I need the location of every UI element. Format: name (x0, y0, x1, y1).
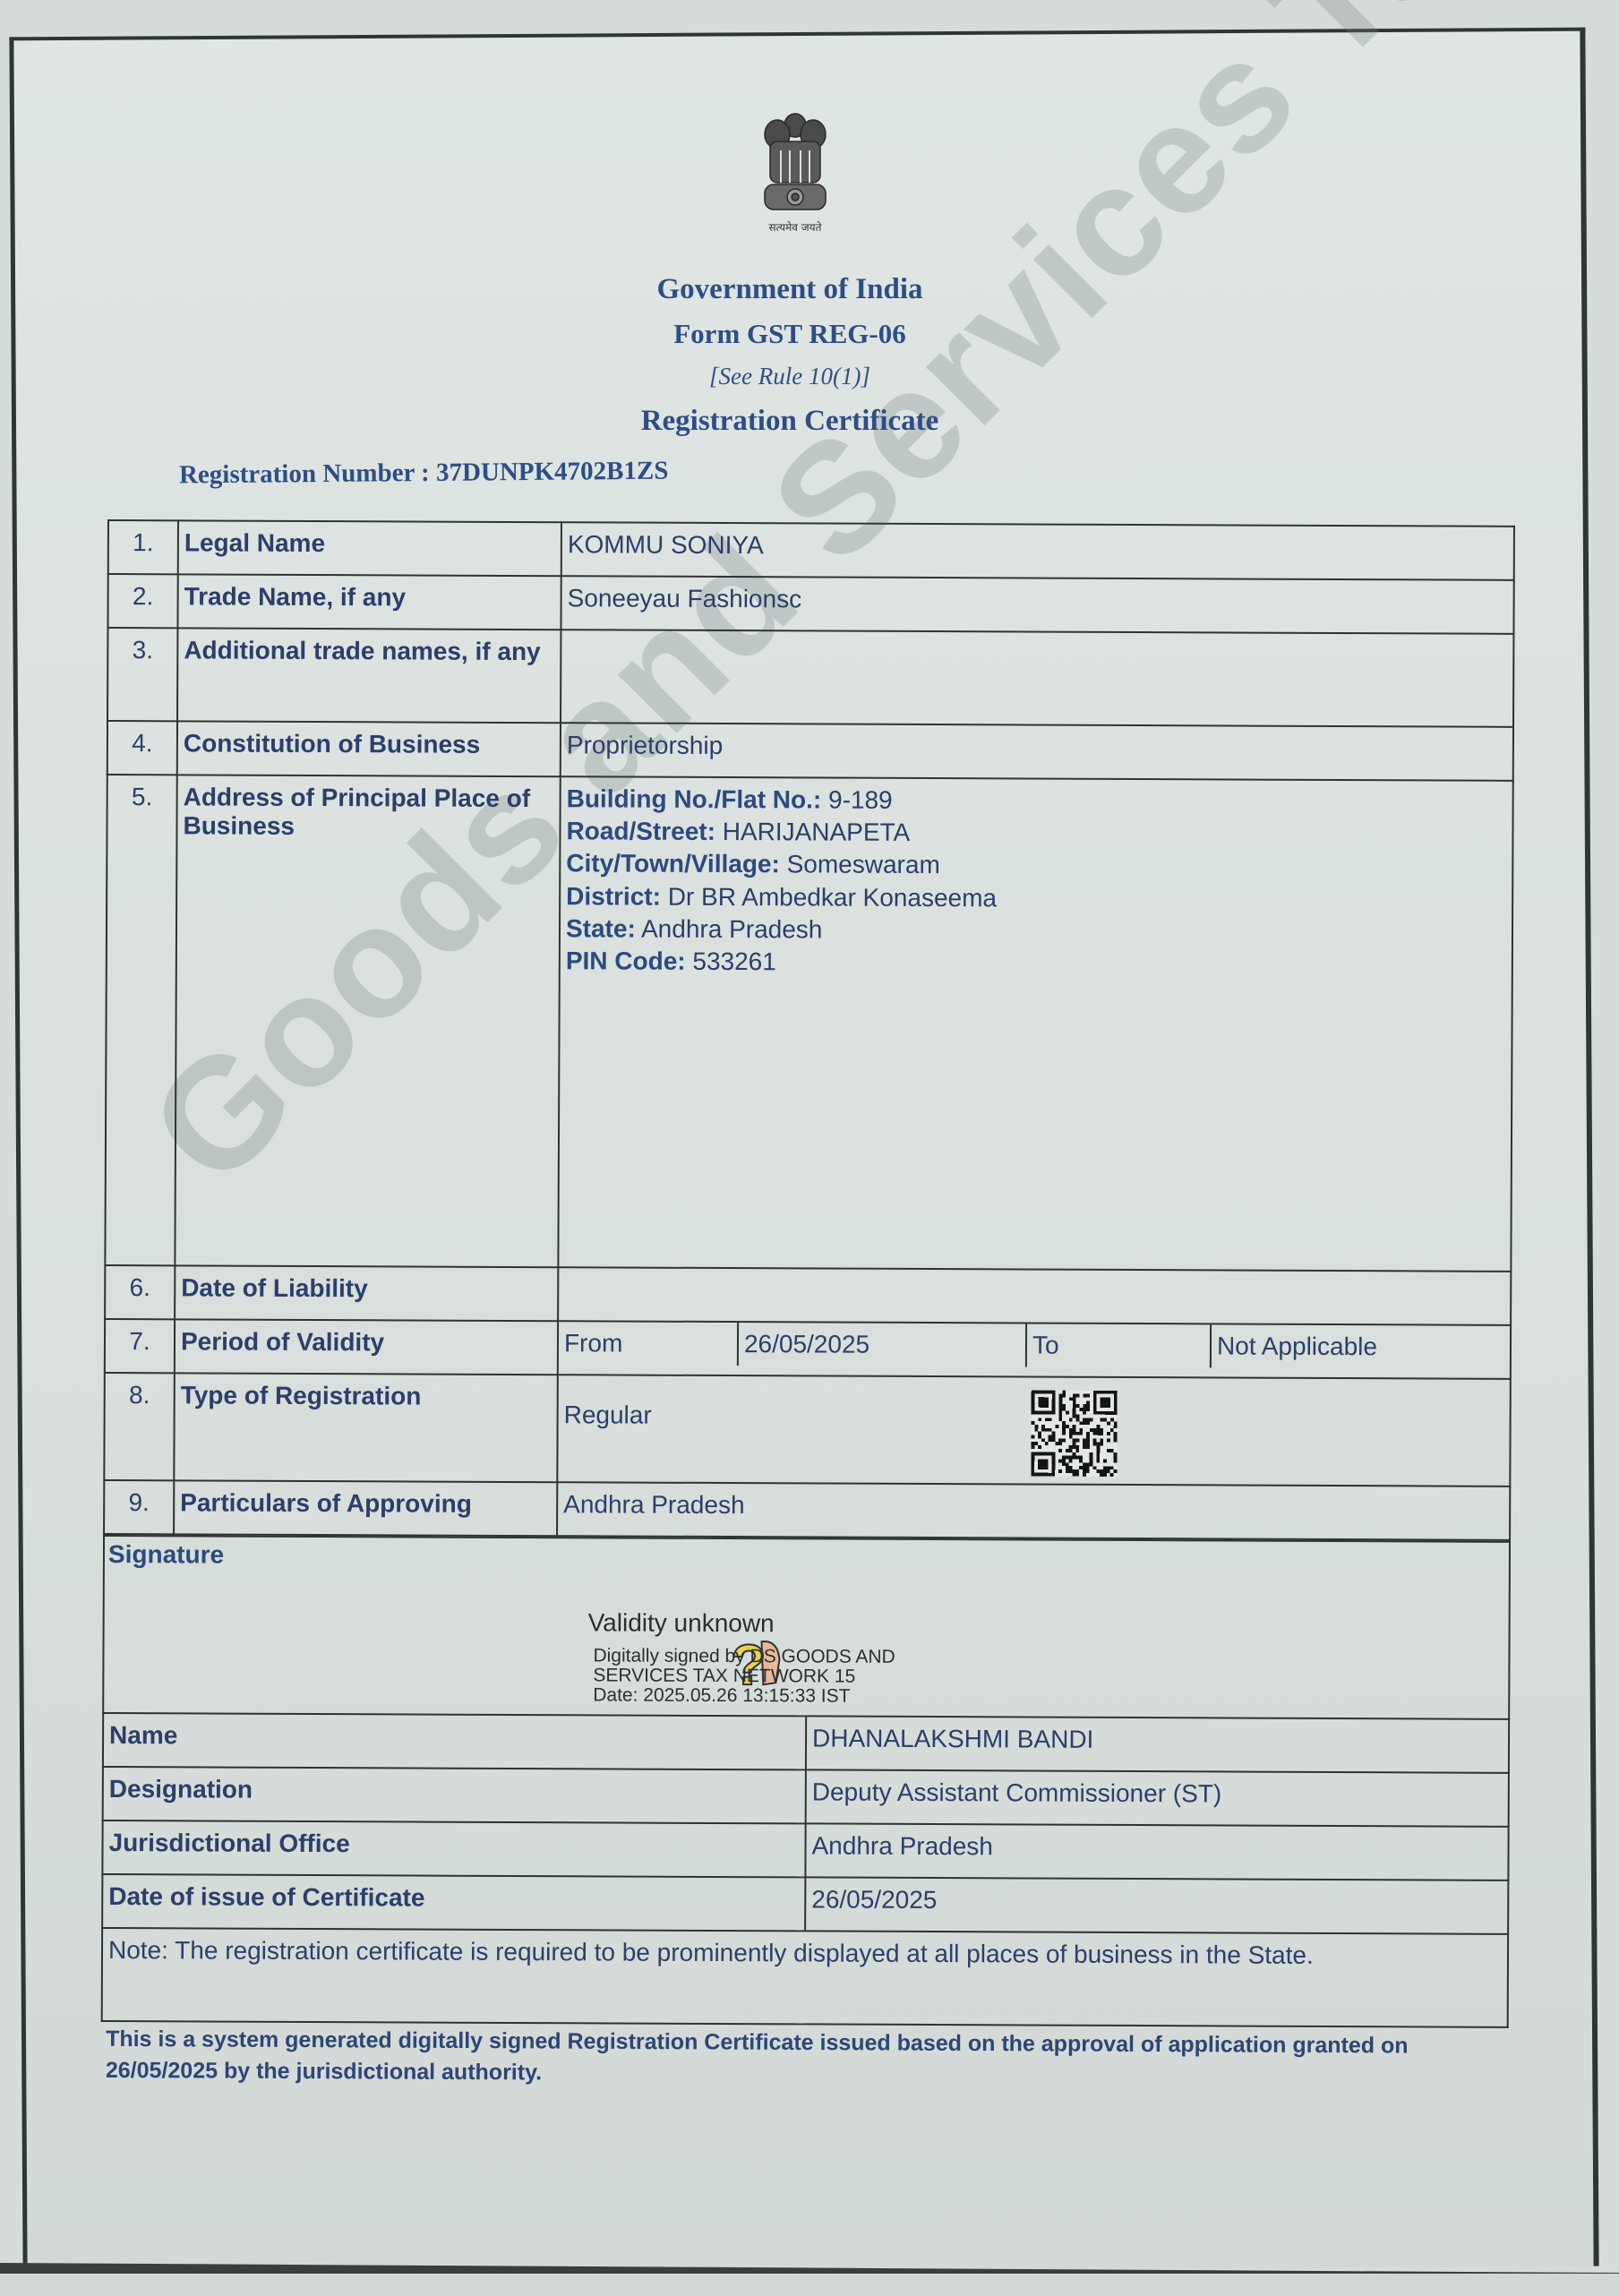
officer-name-label: Name (103, 1713, 806, 1769)
registration-number-label: Registration Number : (179, 458, 430, 489)
national-emblem-icon: सत्यमेव जयते (750, 106, 840, 258)
field-label: Address of Principal Place of Business (175, 775, 560, 1267)
field-label: Trade Name, if any (177, 574, 561, 630)
field-label: Period of Validity (175, 1319, 558, 1375)
row-number: 2. (107, 574, 177, 628)
issue-date-label: Date of issue of Certificate (102, 1874, 805, 1931)
jurisdictional-office-label: Jurisdictional Office (102, 1821, 805, 1877)
registration-table: 1. Legal Name KOMMU SONIYA 2. Trade Name… (101, 519, 1515, 2028)
surface-below-sheet (0, 2274, 1619, 2296)
officer-name-value: DHANALAKSHMI BANDI (806, 1716, 1509, 1772)
signature-row: Signature Validity unknown ? Digitally s… (103, 1536, 1510, 1719)
table-row: 2. Trade Name, if any Soneeyau Fashionsc (107, 574, 1513, 634)
date-of-liability-value (558, 1267, 1511, 1325)
row-number: 3. (107, 628, 177, 721)
designation-label: Designation (103, 1767, 806, 1823)
address-building: Building No./Flat No.: 9-189 (567, 784, 1507, 818)
svg-text:सत्यमेव जयते: सत्यमेव जयते (769, 221, 823, 234)
address-district: District: Dr BR Ambedkar Konaseema (566, 882, 1506, 915)
table-row: 4. Constitution of Business Proprietorsh… (107, 721, 1513, 781)
table-row: 7. Period of Validity From 26/05/2025 To… (105, 1319, 1511, 1379)
table-row: 3. Additional trade names, if any (107, 628, 1513, 727)
table-row: 6. Date of Liability (105, 1265, 1511, 1325)
title-government: Government of India (0, 273, 1599, 306)
title-certificate: Registration Certificate (0, 405, 1599, 438)
display-note: Note: The registration certificate is re… (102, 1928, 1508, 2027)
issue-date-value: 26/05/2025 (805, 1877, 1508, 1933)
field-label: Constitution of Business (177, 721, 561, 776)
row-number: 8. (104, 1373, 175, 1480)
officer-row: Date of issue of Certificate 26/05/2025 (102, 1874, 1508, 1934)
field-label: Particulars of Approving (174, 1480, 557, 1536)
row-number: 6. (105, 1265, 175, 1319)
table-row: 1. Legal Name KOMMU SONIYA (108, 520, 1514, 580)
address-street: Road/Street: HARIJANAPETA (566, 817, 1506, 850)
validity-value: From 26/05/2025 To Not Applicable (558, 1321, 1511, 1379)
table-row: 9. Particulars of Approving Andhra Prade… (104, 1480, 1510, 1540)
system-generated-footer: This is a system generated digitally sig… (106, 2024, 1503, 2094)
qr-code-icon (1029, 1391, 1118, 1477)
row-number: 9. (104, 1480, 174, 1534)
jurisdictional-office-value: Andhra Pradesh (805, 1823, 1508, 1880)
row-number: 4. (107, 721, 177, 775)
field-label: Legal Name (178, 520, 561, 576)
address-pin: PIN Code: 533261 (566, 947, 1506, 980)
signature-label: Signature (108, 1540, 224, 1570)
address-city: City/Town/Village: Someswaram (566, 850, 1506, 883)
constitution-value: Proprietorship (561, 723, 1513, 781)
row-number: 1. (108, 520, 178, 574)
registration-number-value: 37DUNPK4702B1ZS (436, 457, 669, 487)
signature-cell: Signature Validity unknown ? Digitally s… (103, 1536, 1510, 1719)
table-row: 5. Address of Principal Place of Busines… (105, 775, 1512, 1272)
to-value: Not Applicable (1211, 1324, 1510, 1369)
to-label: To (1026, 1324, 1211, 1367)
additional-trade-names-value (561, 630, 1513, 727)
address-value: Building No./Flat No.: 9-189 Road/Street… (558, 776, 1512, 1272)
legal-name-value: KOMMU SONIYA (561, 522, 1514, 580)
trade-name-value: Soneeyau Fashionsc (561, 576, 1513, 634)
from-label: From (559, 1322, 738, 1366)
registration-type-value: Regular (557, 1375, 1511, 1486)
officer-row: Jurisdictional Office Andhra Pradesh (102, 1821, 1508, 1880)
title-rule: [See Rule 10(1)] (0, 363, 1599, 390)
note-row: Note: The registration certificate is re… (102, 1928, 1508, 2027)
row-number: 7. (105, 1319, 175, 1373)
registration-number: Registration Number : 37DUNPK4702B1ZS (179, 457, 669, 491)
designation-value: Deputy Assistant Commissioner (ST) (806, 1769, 1509, 1826)
approving-authority-value: Andhra Pradesh (557, 1482, 1510, 1540)
from-value: 26/05/2025 (738, 1323, 1026, 1367)
row-number: 5. (105, 775, 176, 1265)
field-label: Type of Registration (174, 1373, 558, 1482)
address-state: State: Andhra Pradesh (566, 914, 1506, 947)
title-form: Form GST REG-06 (0, 318, 1599, 350)
field-label: Date of Liability (175, 1265, 558, 1321)
table-row: 8. Type of Registration Regular (104, 1373, 1511, 1486)
officer-row: Name DHANALAKSHMI BANDI (103, 1713, 1509, 1773)
signature-details: Digitally signed by DS GOODS AND SERVICE… (593, 1646, 895, 1707)
officer-row: Designation Deputy Assistant Commissione… (103, 1767, 1509, 1827)
field-label: Additional trade names, if any (177, 628, 561, 723)
